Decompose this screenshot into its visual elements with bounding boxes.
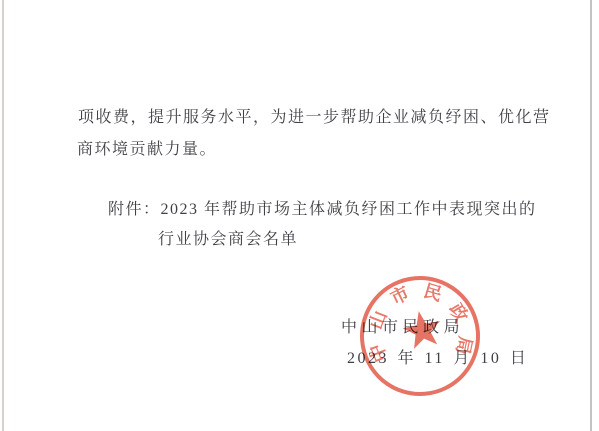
attachment-line-1: 附件：2023 年帮助市场主体减负纾困工作中表现突出的 [108,201,537,219]
page-right-edge [590,0,592,431]
page-left-edge [2,0,4,431]
document-page: 项收费，提升服务水平，为进一步帮助企业减负纾困、优化营 商环境贡献力量。 附件：… [0,0,599,431]
attachment-line-2: 行业协会商会名单 [158,231,298,249]
body-paragraph-line-2: 商环境贡献力量。 [77,141,217,159]
red-star-icon [400,307,444,350]
body-paragraph-line-1: 项收费，提升服务水平，为进一步帮助企业减负纾困、优化营 [78,109,551,127]
official-seal: 中 山 市 民 政 局 [356,272,484,400]
seal-char: 民 [421,281,444,305]
seal-char: 局 [452,335,475,357]
